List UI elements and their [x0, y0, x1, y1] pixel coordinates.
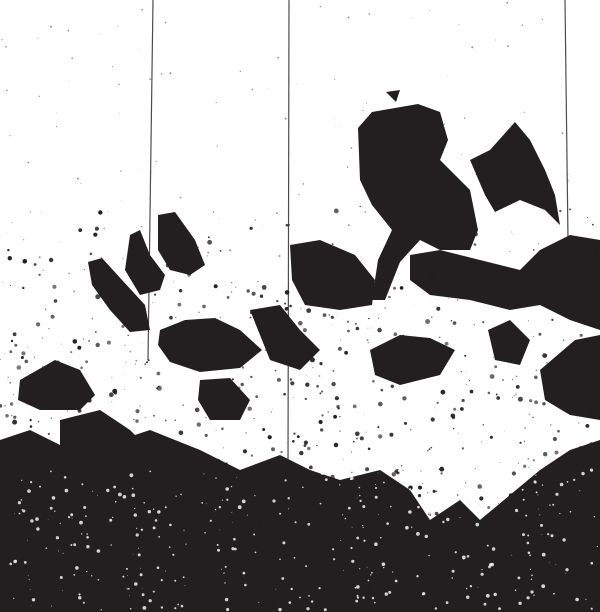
- grunge-leaves-texture: [0, 0, 600, 612]
- texture-artwork: [0, 0, 600, 612]
- leaf-shapes: [0, 104, 600, 612]
